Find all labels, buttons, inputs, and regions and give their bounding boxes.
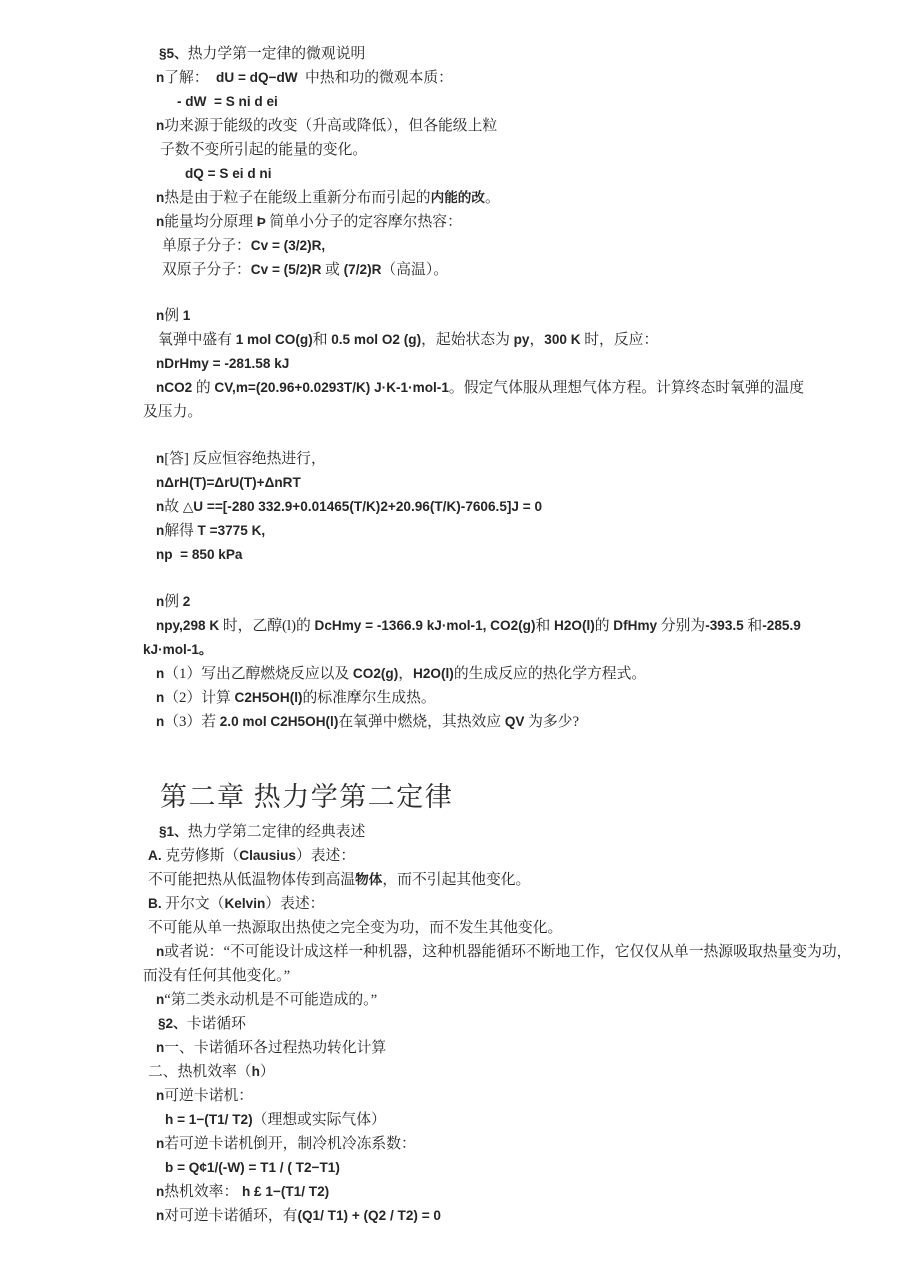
- bullet-marker: n: [156, 714, 164, 729]
- text-run: h £ 1−(T1/ T2): [242, 1184, 329, 1199]
- text-run: Cv = (5/2)R: [251, 262, 322, 277]
- text-run: 在氧弹中燃烧，其热效应: [338, 714, 504, 730]
- text-line: n[答] 反应恒容绝热进行，: [156, 447, 900, 471]
- text-line: n热机效率： h £ 1−(T1/ T2): [156, 1180, 900, 1204]
- text-run: dQ = S ei d ni: [185, 166, 272, 181]
- text-line: 单原子分子：Cv = (3/2)R,: [162, 234, 900, 258]
- text-line: n可逆卡诺机：: [156, 1084, 900, 1108]
- text-line: 子数不变所引起的能量的变化。: [160, 138, 900, 162]
- text-line: 氧弹中盛有 1 mol CO(g)和 0.5 mol O2 (g)，起始状态为 …: [158, 328, 900, 352]
- text-run: py: [514, 332, 530, 347]
- text-run: py,298 K: [164, 618, 219, 633]
- text-run: 若可逆卡诺机倒开，制冷机冷冻系数：: [164, 1136, 416, 1152]
- text-run: “第二类永动机是不可能造成的。”: [164, 992, 377, 1008]
- text-run: 例: [164, 308, 183, 324]
- bullet-marker: n: [156, 451, 164, 466]
- text-line: n（3）若 2.0 mol C2H5OH(l)在氧弹中燃烧，其热效应 QV 为多…: [156, 710, 900, 734]
- text-run: （理想或实际气体）: [253, 1112, 386, 1128]
- text-run: C2H5OH(l): [235, 690, 303, 705]
- text-line: n例 1: [156, 304, 900, 328]
- text-line: dQ = S ei d ni: [185, 162, 900, 186]
- text-run: 的: [595, 618, 614, 634]
- text-run: (7/2)R: [344, 262, 382, 277]
- bullet-marker: n: [156, 1088, 164, 1103]
- text-run: （3）若: [164, 714, 220, 730]
- text-line: - dW = S ni d ei: [177, 90, 900, 114]
- text-run: Kelvin: [224, 896, 265, 911]
- bullet-marker: n: [156, 70, 164, 85]
- text-run: 物体: [355, 872, 382, 887]
- bullet-marker: n: [156, 1208, 164, 1223]
- text-run: h: [252, 1064, 260, 1079]
- text-line: n对可逆卡诺循环，有(Q1/ T1) + (Q2 / T2) = 0: [156, 1204, 900, 1228]
- document-body: §5、热力学第一定律的微观说明n了解： dU = dQ−dW 中热和功的微观本质…: [0, 42, 900, 1228]
- text-run: 。假定气体服从理想气体方程。计算终态时氧弹的温度: [449, 380, 804, 396]
- text-run: b = Q¢1/(-W) = T1 / ( T2−T1): [165, 1160, 340, 1175]
- bullet-marker: n: [156, 944, 164, 959]
- text-run: 故: [164, 499, 179, 515]
- text-run: 反应恒容绝热进行，: [189, 451, 326, 467]
- text-run: CO2: [164, 380, 192, 395]
- text-run: 能量均分原理: [164, 214, 256, 230]
- text-line: n功来源于能级的改变（升高或降低），但各能级上粒: [156, 114, 900, 138]
- text-run: §1、: [159, 824, 188, 839]
- text-line: 不可能把热从低温物体传到高温物体，而不引起其他变化。: [148, 868, 900, 892]
- text-run: 卡诺循环: [187, 1016, 246, 1032]
- text-run: kJ·mol-1。: [143, 642, 213, 657]
- text-run: 分别为: [657, 618, 705, 634]
- text-run: 对可逆卡诺循环，有: [164, 1208, 297, 1224]
- text-run: 内能的改: [431, 190, 485, 205]
- text-run: DcHmy = -1366.9 kJ·mol-1, CO2(g): [315, 618, 536, 633]
- bullet-marker: n: [156, 1040, 164, 1055]
- text-run: 的标准摩尔生成热。: [303, 690, 436, 706]
- text-run: (Q1/ T1) + (Q2 / T2) = 0: [297, 1208, 441, 1223]
- text-line: kJ·mol-1。: [143, 638, 900, 662]
- text-run: Cv = (3/2)R,: [251, 238, 325, 253]
- text-line: A. 克劳修斯（Clausius）表述：: [148, 844, 900, 868]
- text-run: 例: [164, 594, 183, 610]
- text-run: Clausius: [239, 848, 296, 863]
- text-run: ΔrH(T)=ΔrU(T)+ΔnRT: [164, 475, 301, 490]
- bullet-marker: n: [156, 594, 164, 609]
- text-run: 第二章 热力学第二定律: [160, 782, 453, 812]
- text-run: 可逆卡诺机：: [164, 1088, 253, 1104]
- text-line: nΔrH(T)=ΔrU(T)+ΔnRT: [156, 471, 900, 495]
- text-run: 二、热机效率（: [148, 1064, 252, 1080]
- text-run: DfHmy: [613, 618, 657, 633]
- bullet-marker: n: [156, 380, 164, 395]
- text-run: 了解：: [164, 70, 216, 86]
- text-line: n故 △U ==[-280 332.9+0.01465(T/K)2+20.96(…: [156, 495, 900, 519]
- text-run: ）表述：: [265, 896, 324, 912]
- text-run: 1: [183, 308, 191, 323]
- bullet-marker: n: [156, 1136, 164, 1151]
- text-line: n若可逆卡诺机倒开，制冷机冷冻系数：: [156, 1132, 900, 1156]
- text-run: 热是由于粒子在能级上重新分布而引起的: [164, 190, 430, 206]
- text-run: 2: [183, 594, 191, 609]
- text-line: b = Q¢1/(-W) = T1 / ( T2−T1): [165, 1156, 900, 1180]
- bullet-marker: n: [156, 1184, 164, 1199]
- text-run: 和: [536, 618, 555, 634]
- bullet-marker: n: [156, 308, 164, 323]
- text-line: nDrHmy = -281.58 kJ: [156, 352, 900, 376]
- bullet-marker: n: [156, 690, 164, 705]
- text-run: CO2(g): [353, 666, 398, 681]
- text-line: nCO2 的 CV,m=(20.96+0.0293T/K) J·K-1·mol-…: [156, 376, 900, 400]
- text-run: 0.5 mol O2 (g): [331, 332, 421, 347]
- text-line: 及压力。: [143, 400, 900, 424]
- text-run: 或: [321, 262, 343, 278]
- text-run: 子数不变所引起的能量的变化。: [160, 142, 367, 158]
- text-run: 的: [192, 380, 214, 396]
- text-run: 和: [313, 332, 332, 348]
- text-line: n能量均分原理 Þ 简单小分子的定容摩尔热容：: [156, 210, 900, 234]
- text-run: 而没有任何其他变化。”: [143, 968, 290, 984]
- text-run: CV,m=(20.96+0.0293T/K) J·K-1·mol-1: [214, 380, 448, 395]
- text-run: （1）写出乙醇燃烧反应以及: [164, 666, 353, 682]
- text-line: n热是由于粒子在能级上重新分布而引起的内能的改。: [156, 186, 900, 210]
- text-run: 热力学第一定律的微观说明: [188, 46, 366, 62]
- text-run: 简单小分子的定容摩尔热容：: [266, 214, 462, 230]
- text-run: dU = dQ−dW: [216, 70, 298, 85]
- section-heading: §2、卡诺循环: [158, 1012, 900, 1036]
- text-run: 为多少?: [524, 714, 579, 730]
- bullet-marker: n: [156, 214, 164, 229]
- bullet-marker: n: [156, 118, 164, 133]
- bullet-marker: n: [156, 523, 164, 538]
- bullet-marker: n: [156, 547, 164, 562]
- text-run: H2O(l): [413, 666, 454, 681]
- text-run: 解得: [164, 523, 197, 539]
- text-run: 双原子分子：: [162, 262, 251, 278]
- text-run: H2O(l): [554, 618, 595, 633]
- text-run: 1 mol CO(g): [236, 332, 313, 347]
- bullet-marker: n: [156, 190, 164, 205]
- text-run: 或者说：“不可能设计成这样一种机器，这种机器能循环不断地工作，它仅仅从单一热源吸…: [164, 944, 851, 960]
- text-line: 不可能从单一热源取出热使之完全变为功，而不发生其他变化。: [148, 916, 900, 940]
- bullet-marker: n: [156, 618, 164, 633]
- text-run: 热机效率：: [164, 1184, 242, 1200]
- text-run: 时，乙醇(l)的: [219, 618, 314, 634]
- text-run: 开尔文（: [162, 896, 225, 912]
- text-run: 。: [485, 190, 500, 206]
- text-line: n“第二类永动机是不可能造成的。”: [156, 988, 900, 1012]
- text-run: △U ==[-280 332.9+0.01465(T/K)2+20.96(T/K…: [179, 499, 542, 514]
- text-line: 双原子分子：Cv = (5/2)R 或 (7/2)R（高温）。: [162, 258, 900, 282]
- text-line: n解得 T =3775 K,: [156, 519, 900, 543]
- text-run: §5、: [159, 46, 188, 61]
- text-line: 二、热机效率（h）: [148, 1060, 900, 1084]
- text-line: n例 2: [156, 590, 900, 614]
- document-page: §5、热力学第一定律的微观说明n了解： dU = dQ−dW 中热和功的微观本质…: [0, 0, 900, 1272]
- text-run: 和: [744, 618, 763, 634]
- text-run: DrHmy = -281.58 kJ: [164, 356, 289, 371]
- text-run: ）: [260, 1064, 275, 1080]
- text-run: 克劳修斯（: [162, 848, 240, 864]
- text-run: 单原子分子：: [162, 238, 251, 254]
- text-run: 热力学第二定律的经典表述: [188, 824, 366, 840]
- text-run: 氧弹中盛有: [158, 332, 236, 348]
- text-run: T =3775 K,: [198, 523, 266, 538]
- text-line: n（2）计算 C2H5OH(l)的标准摩尔生成热。: [156, 686, 900, 710]
- text-run: （高温）。: [381, 262, 448, 278]
- text-run: QV: [505, 714, 525, 729]
- text-run: 中热和功的微观本质：: [298, 70, 453, 86]
- text-run: §2、: [158, 1016, 187, 1031]
- bullet-marker: n: [156, 666, 164, 681]
- text-run: [答]: [164, 451, 189, 467]
- bullet-marker: n: [156, 499, 164, 514]
- section-heading: §1、热力学第二定律的经典表述: [159, 820, 900, 844]
- text-run: ，: [529, 332, 544, 348]
- text-line: np = 850 kPa: [156, 543, 900, 567]
- text-run: 2.0 mol C2H5OH(l): [220, 714, 339, 729]
- chapter-heading: 第二章 热力学第二定律: [160, 774, 900, 820]
- text-run: ）表述：: [296, 848, 355, 864]
- text-run: 及压力。: [143, 404, 202, 420]
- text-run: p = 850 kPa: [164, 547, 242, 562]
- text-run: 不可能把热从低温物体传到高温: [148, 872, 355, 888]
- text-line: npy,298 K 时，乙醇(l)的 DcHmy = -1366.9 kJ·mo…: [156, 614, 900, 638]
- text-line: n或者说：“不可能设计成这样一种机器，这种机器能循环不断地工作，它仅仅从单一热源…: [156, 940, 900, 964]
- section-heading: §5、热力学第一定律的微观说明: [159, 42, 900, 66]
- bullet-marker: n: [156, 992, 164, 1007]
- text-run: -285.9: [762, 618, 801, 633]
- text-run: 一、卡诺循环各过程热功转化计算: [164, 1040, 386, 1056]
- text-line: B. 开尔文（Kelvin）表述：: [148, 892, 900, 916]
- text-run: 不可能从单一热源取出热使之完全变为功，而不发生其他变化。: [148, 920, 562, 936]
- text-line: n（1）写出乙醇燃烧反应以及 CO2(g)，H2O(l)的生成反应的热化学方程式…: [156, 662, 900, 686]
- text-run: ，: [398, 666, 413, 682]
- text-line: h = 1−(T1/ T2)（理想或实际气体）: [165, 1108, 900, 1132]
- text-run: 的生成反应的热化学方程式。: [454, 666, 646, 682]
- text-run: ，起始状态为: [421, 332, 513, 348]
- text-run: - dW = S ni d ei: [177, 94, 278, 109]
- text-run: B.: [148, 896, 162, 911]
- text-run: （2）计算: [164, 690, 234, 706]
- bullet-marker: n: [156, 356, 164, 371]
- text-run: 功来源于能级的改变（升高或降低），但各能级上粒: [164, 118, 497, 134]
- text-run: h = 1−(T1/ T2): [165, 1112, 253, 1127]
- text-run: -393.5: [705, 618, 744, 633]
- text-run: 300 K: [544, 332, 580, 347]
- text-line: 而没有任何其他变化。”: [143, 964, 900, 988]
- text-run: ，而不引起其他变化。: [382, 872, 530, 888]
- text-line: n一、卡诺循环各过程热功转化计算: [156, 1036, 900, 1060]
- text-run: Þ: [257, 214, 266, 229]
- bullet-marker: n: [156, 475, 164, 490]
- text-run: A.: [148, 848, 162, 863]
- text-line: n了解： dU = dQ−dW 中热和功的微观本质：: [156, 66, 900, 90]
- text-run: 时，反应：: [581, 332, 659, 348]
